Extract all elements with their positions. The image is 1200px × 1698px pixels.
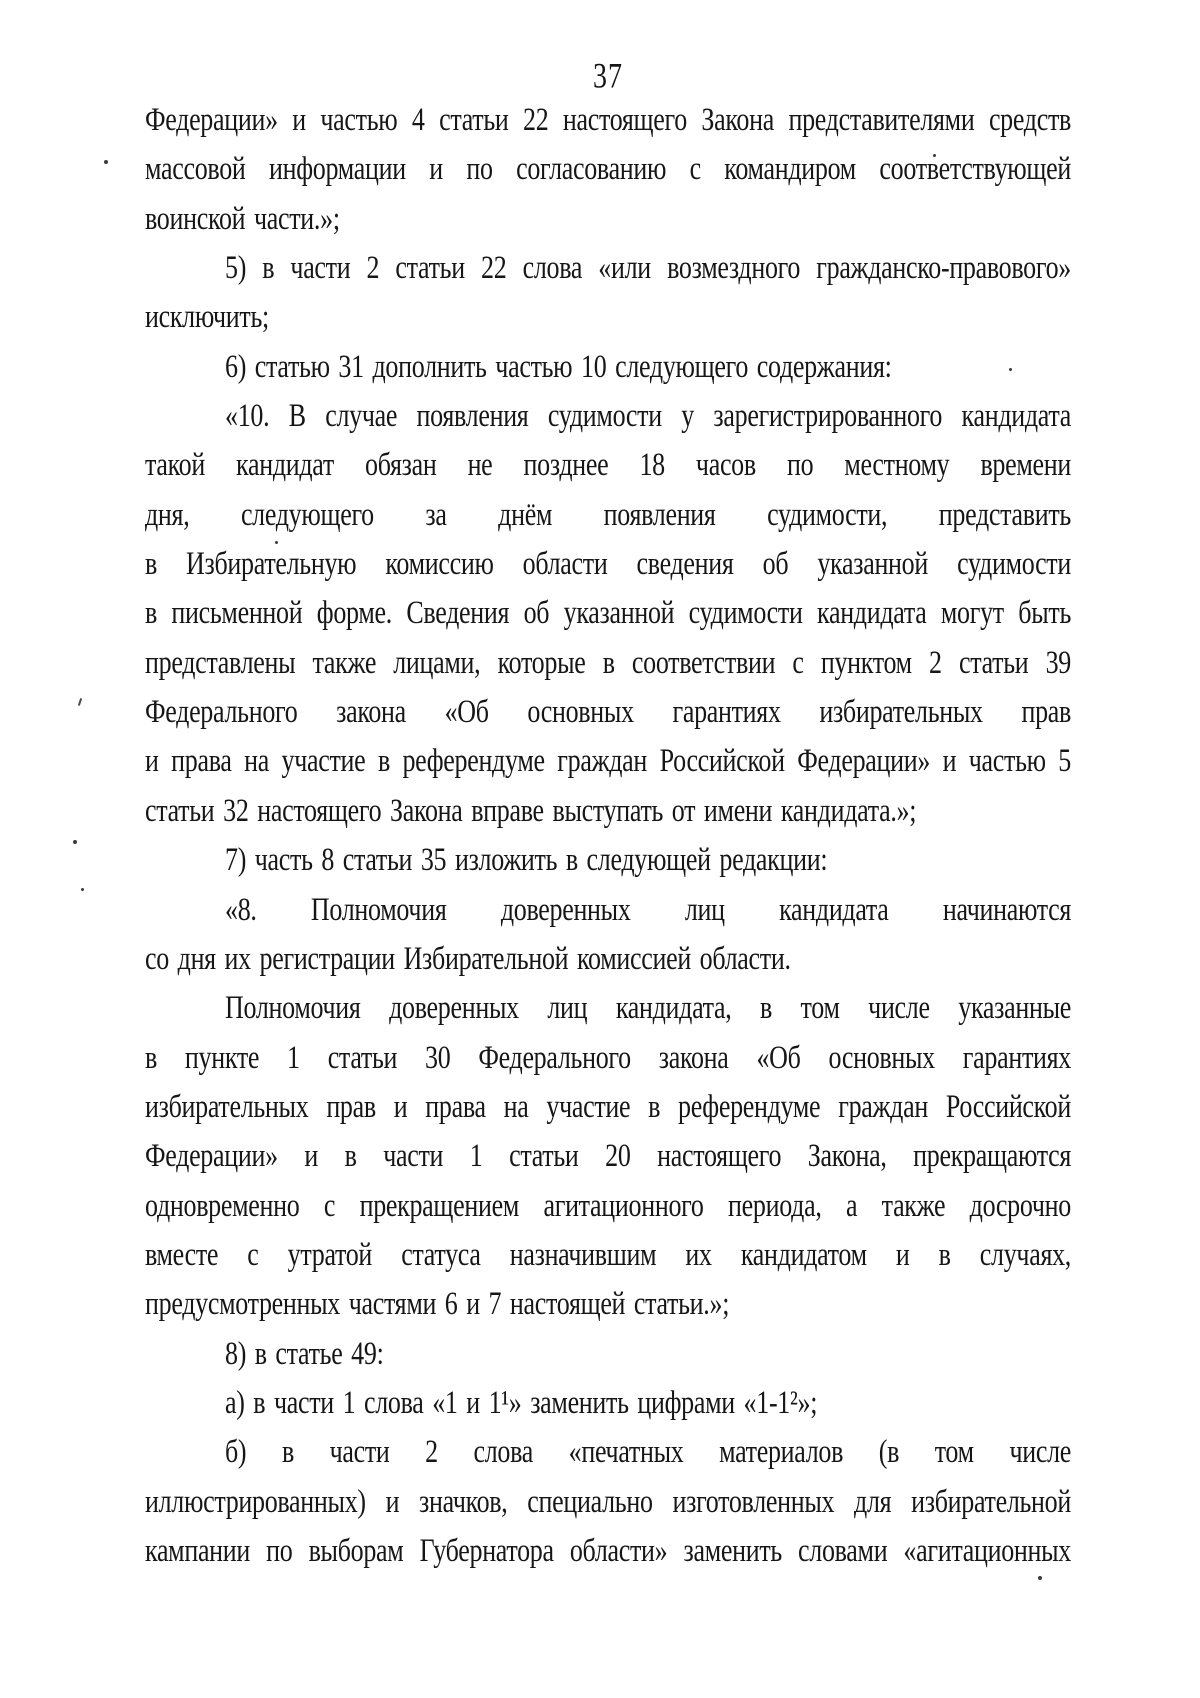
scan-artifact bbox=[81, 888, 84, 891]
paragraph: 7) часть 8 статьи 35 изложить в следующе… bbox=[145, 835, 1071, 884]
scan-artifact bbox=[1038, 1576, 1042, 1580]
paragraph: Полномочия доверенных лиц кандидата, в т… bbox=[145, 983, 1071, 1328]
document-body: Федерации» и частью 4 статьи 22 настояще… bbox=[145, 95, 1071, 1575]
scan-artifact bbox=[73, 840, 77, 844]
scanned-document-page: 37 Федерации» и частью 4 статьи 22 насто… bbox=[0, 0, 1200, 1698]
scan-artifact bbox=[933, 154, 936, 157]
text-line: кампании по выборам Губернатора области»… bbox=[145, 1519, 1071, 1582]
scan-artifact bbox=[1009, 368, 1012, 371]
paragraph: 5) в части 2 статьи 22 слова «или возмез… bbox=[145, 243, 1071, 342]
scan-artifact bbox=[78, 698, 82, 706]
paragraph: Федерации» и частью 4 статьи 22 настояще… bbox=[145, 95, 1071, 243]
paragraph: «8. Полномочия доверенных лиц кандидата … bbox=[145, 885, 1071, 984]
paragraph: «10. В случае появления судимости у заре… bbox=[145, 391, 1071, 835]
scan-artifact bbox=[275, 541, 278, 544]
scan-artifact bbox=[104, 160, 108, 164]
paragraph: б) в части 2 слова «печатных материалов … bbox=[145, 1427, 1071, 1575]
